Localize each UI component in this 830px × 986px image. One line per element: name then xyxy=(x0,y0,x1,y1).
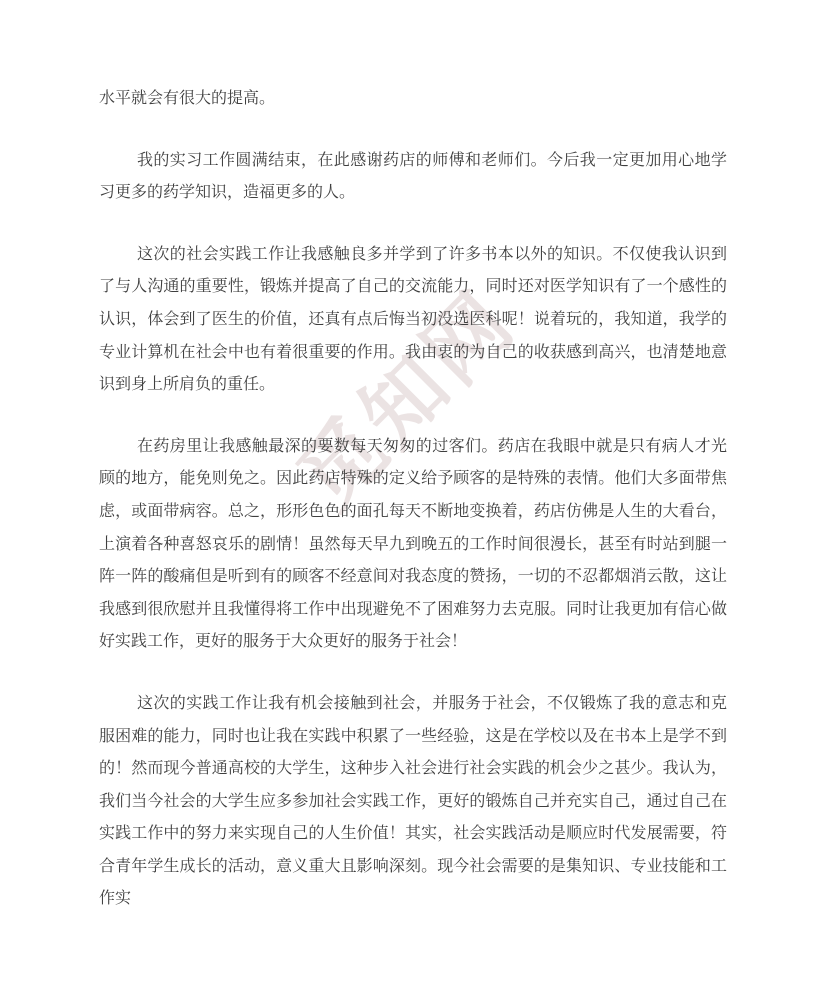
paragraph-internship-conclusion: 我的实习工作圆满结束，在此感谢药店的师傅和老师们。今后我一定更加用心地学习更多的… xyxy=(99,144,727,209)
paragraph-practice-significance: 这次的实践工作让我有机会接触到社会，并服务于社会，不仅锻炼了我的意志和克服困难的… xyxy=(99,687,727,915)
document-body: 水平就会有很大的提高。 我的实习工作圆满结束，在此感谢药店的师傅和老师们。今后我… xyxy=(0,0,830,915)
document-page: 觅知网 水平就会有很大的提高。 我的实习工作圆满结束，在此感谢药店的师傅和老师们… xyxy=(0,0,830,986)
paragraph-pharmacy-customers: 在药房里让我感触最深的要数每天匆匆的过客们。药店在我眼中就是只有病人才光顾的地方… xyxy=(99,430,727,658)
paragraph-social-practice-gains: 这次的社会实践工作让我感触良多并学到了许多书本以外的知识。不仅使我认识到了与人沟… xyxy=(99,238,727,401)
paragraph-continuation: 水平就会有很大的提高。 xyxy=(99,82,727,115)
